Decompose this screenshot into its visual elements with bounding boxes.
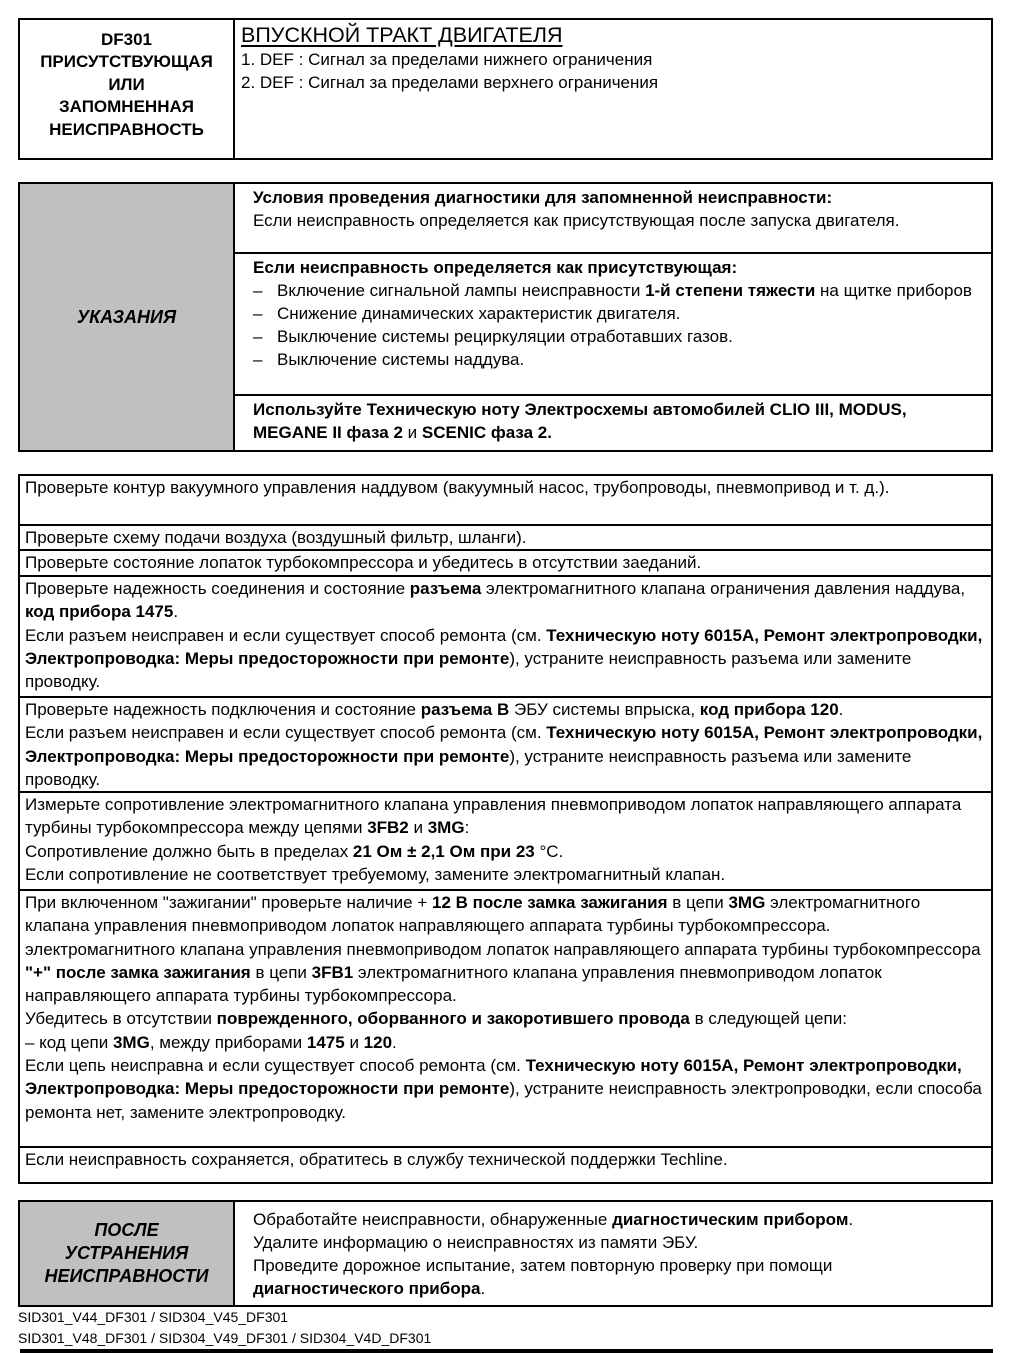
text: °C. [535, 842, 564, 861]
text: . [392, 1033, 397, 1052]
checks-table: Проверьте контур вакуумного управления н… [18, 474, 993, 1184]
bold-text: 3FB2 [367, 818, 409, 837]
text: , между приборами [150, 1033, 307, 1052]
check-step: Проверьте состояние лопаток турбокомпрес… [20, 551, 991, 577]
bold-text: 3MG [728, 893, 765, 912]
after-repair-section: ПОСЛЕ УСТРАНЕНИЯ НЕИСПРАВНОСТИ Обработай… [18, 1200, 993, 1307]
consequence-item: –Снижение динамических характеристик дви… [253, 302, 981, 325]
text: . [480, 1279, 485, 1298]
item-text: Включение сигнальной лампы неисправности [277, 281, 645, 300]
text: и [345, 1033, 364, 1052]
text: . [173, 602, 178, 621]
text: Обработайте неисправности, обнаруженные [253, 1210, 612, 1229]
conditions-text: Если неисправность определяется как прис… [253, 211, 899, 230]
defect-text: : Сигнал за пределами верхнего ограничен… [299, 73, 658, 92]
dash-bullet: – [253, 325, 277, 348]
check-step: Проверьте контур вакуумного управления н… [20, 476, 991, 526]
text: Если разъем неисправен и если существует… [25, 626, 546, 645]
defect-item: 1. DEF : Сигнал за пределами нижнего огр… [241, 48, 985, 71]
text: . [848, 1210, 853, 1229]
text: Если сопротивление не соответствует треб… [25, 865, 725, 884]
fault-title-cell: ВПУСКНОЙ ТРАКТ ДВИГАТЕЛЯ 1. DEF : Сигнал… [235, 20, 991, 158]
technical-note-ref: SCENIC фаза 2. [422, 423, 552, 442]
footer-code-line: SID301_V44_DF301 / SID304_V45_DF301 [18, 1308, 288, 1326]
conditions-block: Условия проведения диагностики для запом… [235, 184, 991, 252]
text: Если разъем неисправен и если существует… [25, 723, 546, 742]
bold-text: код прибора 1475 [25, 602, 173, 621]
bold-text: 1475 [307, 1033, 345, 1052]
fault-status-cell: DF301 ПРИСУТСТВУЮЩАЯ ИЛИ ЗАПОМНЕННАЯ НЕИ… [20, 20, 235, 158]
present-title: Если неисправность определяется как прис… [253, 258, 737, 277]
defect-number: 2. DEF [241, 73, 294, 92]
text: ЭБУ системы впрыска, [509, 700, 700, 719]
footer-code-line: SID301_V48_DF301 / SID304_V49_DF301 / SI… [18, 1329, 431, 1347]
technical-note-ref: Используйте Техническую ноту Электросхем… [253, 400, 907, 442]
after-repair-content: Обработайте неисправности, обнаруженные … [235, 1202, 991, 1305]
fault-title: ВПУСКНОЙ ТРАКТ ДВИГАТЕЛЯ [241, 22, 563, 48]
text: в цепи [251, 963, 312, 982]
bold-text: диагностическим прибором [612, 1210, 848, 1229]
item-text: Выключение системы наддува. [277, 348, 524, 371]
check-step: Измерьте сопротивление электромагнитного… [20, 793, 991, 891]
notes-content: Условия проведения диагностики для запом… [235, 184, 991, 450]
item-text: Выключение системы рециркуляции отработа… [277, 325, 733, 348]
notes-label: УКАЗАНИЯ [20, 184, 235, 450]
defect-text: : Сигнал за пределами нижнего ограничени… [299, 50, 653, 69]
conditions-title: Условия проведения диагностики для запом… [253, 188, 832, 207]
text: Измерьте сопротивление электромагнитного… [25, 795, 961, 837]
defect-number: 1. DEF [241, 50, 294, 69]
bottom-divider [20, 1349, 993, 1353]
label-line: УСТРАНЕНИЯ [65, 1243, 188, 1263]
text: в следующей цепи: [690, 1009, 847, 1028]
defect-item: 2. DEF : Сигнал за пределами верхнего ог… [241, 71, 985, 94]
text: При включенном "зажигании" проверьте нал… [25, 893, 432, 912]
bold-text: разъема B [421, 700, 510, 719]
bold-text: 3MG [113, 1033, 150, 1052]
technical-note-block: Используйте Техническую ноту Электросхем… [235, 394, 991, 446]
bold-text: диагностического прибора [253, 1279, 480, 1298]
check-step: Если неисправность сохраняется, обратите… [20, 1148, 991, 1182]
consequence-item: –Включение сигнальной лампы неисправност… [253, 279, 981, 302]
bold-text: код прибора 120 [700, 700, 839, 719]
text: Проверьте надежность подключения и состо… [25, 700, 421, 719]
text: Проведите дорожное испытание, затем повт… [253, 1256, 832, 1275]
fault-status-line: НЕИСПРАВНОСТЬ [49, 119, 204, 142]
bold-text: "+" после замка зажигания [25, 963, 251, 982]
check-step: Проверьте схему подачи воздуха (воздушны… [20, 526, 991, 551]
dash-bullet: – [253, 279, 277, 302]
text: Сопротивление должно быть в пределах [25, 842, 353, 861]
text: в цепи [668, 893, 729, 912]
bold-text: разъема [410, 579, 482, 598]
consequence-item: –Выключение системы наддува. [253, 348, 981, 371]
item-text: на щитке приборов [815, 281, 972, 300]
fault-status-line: ПРИСУТСТВУЮЩАЯ [40, 51, 213, 74]
label-line: ПОСЛЕ [94, 1220, 158, 1240]
consequence-item: –Выключение системы рециркуляции отработ… [253, 325, 981, 348]
dash-bullet: – [253, 348, 277, 371]
bold-text: 120 [364, 1033, 392, 1052]
bold-text: 3FB1 [312, 963, 354, 982]
text: : [465, 818, 470, 837]
bold-text: поврежденного, оборванного и закоротивше… [217, 1009, 690, 1028]
conjunction: и [403, 423, 422, 442]
text: Удалите информацию о неисправностях из п… [253, 1233, 698, 1252]
item-bold: 1-й степени тяжести [645, 281, 815, 300]
fault-status-line: ИЛИ [108, 74, 144, 97]
check-step: Проверьте надежность соединения и состоя… [20, 577, 991, 698]
dash-bullet: – [253, 302, 277, 325]
text: электромагнитного клапана ограничения да… [481, 579, 965, 598]
check-step: Проверьте надежность подключения и состо… [20, 698, 991, 793]
text: и [409, 818, 428, 837]
present-fault-block: Если неисправность определяется как прис… [235, 252, 991, 394]
bold-text: 12 В после замка зажигания [432, 893, 668, 912]
text: электромагнитного клапана управления пне… [25, 940, 981, 959]
text: Убедитесь в отсутствии [25, 1009, 217, 1028]
text: Если цепь неисправна и если существует с… [25, 1056, 526, 1075]
fault-status-line: ЗАПОМНЕННАЯ [59, 96, 194, 119]
text: – код цепи [25, 1033, 113, 1052]
item-text: Снижение динамических характеристик двиг… [277, 302, 680, 325]
notes-section: УКАЗАНИЯ Условия проведения диагностики … [18, 182, 993, 452]
bold-text: 3MG [428, 818, 465, 837]
label-line: НЕИСПРАВНОСТИ [44, 1266, 208, 1286]
text: . [839, 700, 844, 719]
bold-text: 21 Ом ± 2,1 Ом при 23 [353, 842, 535, 861]
after-repair-label: ПОСЛЕ УСТРАНЕНИЯ НЕИСПРАВНОСТИ [20, 1202, 235, 1305]
fault-header: DF301 ПРИСУТСТВУЮЩАЯ ИЛИ ЗАПОМНЕННАЯ НЕИ… [18, 18, 993, 160]
text: Проверьте надежность соединения и состоя… [25, 579, 410, 598]
fault-code: DF301 [101, 29, 152, 52]
check-step: При включенном "зажигании" проверьте нал… [20, 891, 991, 1148]
